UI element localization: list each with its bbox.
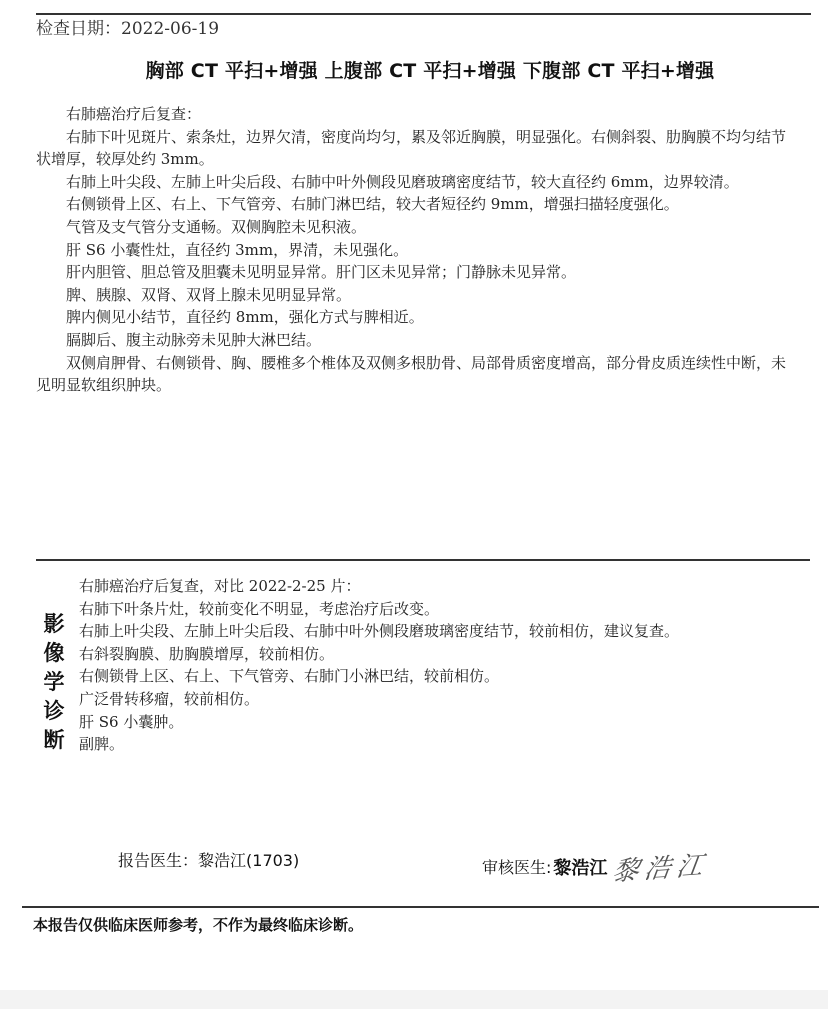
diagnosis-line: 右肺上叶尖段、左肺上叶尖后段、右肺中叶外侧段磨玻璃密度结节，较前相仿，建议复查。 — [79, 620, 799, 643]
report-doctor-name: 黎浩江(1703) — [198, 851, 299, 870]
disclaimer: 本报告仅供临床医师参考，不作为最终临床诊断。 — [33, 914, 363, 935]
footer-divider — [22, 906, 819, 908]
finding-paragraph: 右肺上叶尖段、左肺上叶尖后段、右肺中叶外侧段见磨玻璃密度结节，较大直径约 6mm… — [36, 171, 796, 194]
diagnosis-label-char: 断 — [40, 726, 68, 755]
finding-paragraph: 肝 S6 小囊性灶，直径约 3mm，界清，未见强化。 — [36, 239, 796, 262]
report-title: 胸部 CT 平扫+增强 上腹部 CT 平扫+增强 下腹部 CT 平扫+增强 — [0, 56, 828, 83]
finding-paragraph: 膈脚后、腹主动脉旁未见肿大淋巴结。 — [36, 329, 796, 352]
finding-paragraph: 脾内侧见小结节，直径约 8mm，强化方式与脾相近。 — [36, 306, 796, 329]
report-doctor-label: 报告医生： — [118, 851, 198, 870]
finding-paragraph: 脾、胰腺、双肾、双肾上腺未见明显异常。 — [36, 284, 796, 307]
handwritten-signature: 黎浩江 — [611, 844, 712, 888]
bottom-bar — [0, 990, 828, 1009]
diagnosis-label-char: 影 — [40, 610, 68, 639]
diagnosis-line: 右肺下叶条片灶，较前变化不明显，考虑治疗后改变。 — [79, 598, 799, 621]
diagnosis-label-char: 像 — [40, 639, 68, 668]
diagnosis-label-char: 诊 — [40, 697, 68, 726]
exam-date: 检查日期：2022-06-19 — [36, 14, 219, 39]
finding-paragraph: 双侧肩胛骨、右侧锁骨、胸、腰椎多个椎体及双侧多根肋骨、局部骨质密度增高，部分骨皮… — [36, 352, 796, 397]
diagnosis-line: 肝 S6 小囊肿。 — [79, 711, 799, 734]
findings-section: 右肺癌治疗后复查： 右肺下叶见斑片、索条灶，边界欠清，密度尚均匀，累及邻近胸膜，… — [36, 103, 796, 397]
finding-paragraph: 气管及支气管分支通畅。双侧胸腔未见积液。 — [36, 216, 796, 239]
diagnosis-line: 副脾。 — [79, 733, 799, 756]
diagnosis-divider — [36, 559, 810, 561]
finding-paragraph: 右肺下叶见斑片、索条灶，边界欠清，密度尚均匀，累及邻近胸膜，明显强化。右侧斜裂、… — [36, 126, 796, 171]
report-doctor: 报告医生：黎浩江(1703) — [118, 848, 299, 871]
review-doctor: 审核医生: 黎浩江 黎浩江 — [482, 848, 709, 885]
diagnosis-line: 广泛骨转移瘤，较前相仿。 — [79, 688, 799, 711]
diagnosis-line: 右斜裂胸膜、肋胸膜增厚，较前相仿。 — [79, 643, 799, 666]
finding-paragraph: 右肺癌治疗后复查： — [36, 103, 796, 126]
finding-paragraph: 右侧锁骨上区、右上、下气管旁、右肺门淋巴结，较大者短径约 9mm，增强扫描轻度强… — [36, 193, 796, 216]
diagnosis-label: 影 像 学 诊 断 — [40, 610, 68, 755]
review-doctor-label: 审核医生: — [482, 855, 551, 878]
diagnosis-section: 右肺癌治疗后复查，对比 2022-2-25 片： 右肺下叶条片灶，较前变化不明显… — [79, 575, 799, 756]
exam-date-text: 检查日期：2022-06-19 — [36, 19, 219, 39]
review-doctor-name: 黎浩江 — [553, 854, 607, 880]
finding-paragraph: 肝内胆管、胆总管及胆囊未见明显异常。肝门区未见异常；门静脉未见异常。 — [36, 261, 796, 284]
diagnosis-line: 右侧锁骨上区、右上、下气管旁、右肺门小淋巴结，较前相仿。 — [79, 665, 799, 688]
diagnosis-label-char: 学 — [40, 668, 68, 697]
diagnosis-line: 右肺癌治疗后复查，对比 2022-2-25 片： — [79, 575, 799, 598]
